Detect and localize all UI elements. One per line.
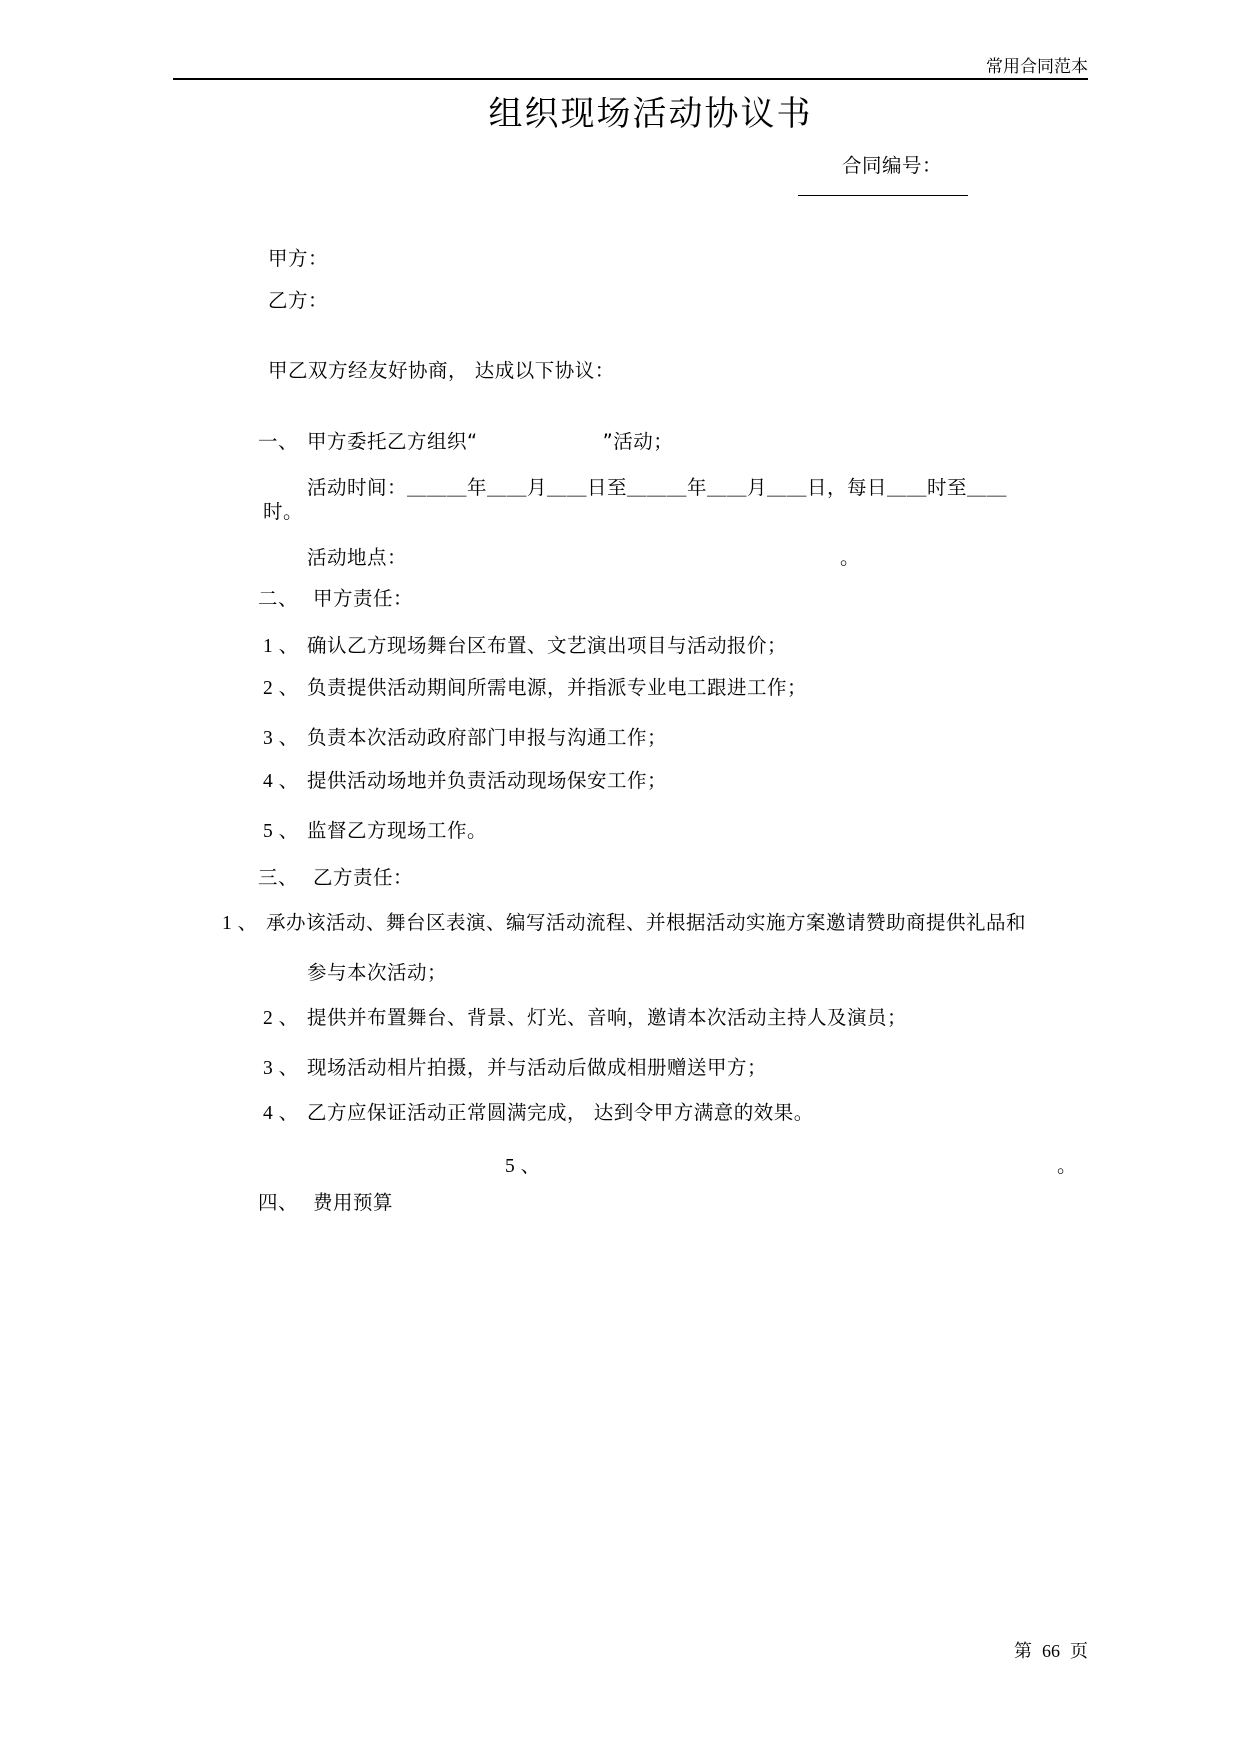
section-1-entrust: 甲方委托乙方组织“”活动； xyxy=(307,426,673,454)
section-2-item-5: 5 、监督乙方现场工作。 xyxy=(263,815,487,843)
title-text: 组织现场活动协议书 xyxy=(489,86,813,135)
header-tag: 常用合同范本 xyxy=(986,52,1088,77)
section-2-title: 甲方责任： xyxy=(313,583,413,611)
contract-number-blank xyxy=(798,195,968,196)
activity-time-wrap: 时。 xyxy=(263,496,303,524)
section-2-item-1: 1 、确认乙方现场舞台区布置、文艺演出项目与活动报价； xyxy=(263,630,787,658)
section-4-title: 费用预算 xyxy=(313,1187,393,1215)
section-3-item-2: 2 、提供并布置舞台、背景、灯光、音响，邀请本次活动主持人及演员； xyxy=(263,1002,907,1030)
section-3-item-4: 4 、乙方应保证活动正常圆满完成， 达到令甲方满意的效果。 xyxy=(263,1097,814,1125)
header-divider xyxy=(173,78,1088,80)
section-1-number: 一、 xyxy=(258,426,298,454)
section-3-item-5-number: 5 、 xyxy=(505,1150,541,1178)
activity-time-label: 活动时间： xyxy=(307,476,407,499)
party-a-label: 甲方： xyxy=(268,243,328,271)
section-3-item-3: 3 、现场活动相片拍摄，并与活动后做成相册赠送甲方； xyxy=(263,1052,767,1080)
document-title: 组织现场活动协议书 xyxy=(0,86,1241,135)
intro-text: 甲乙双方经友好协商， 达成以下协议： xyxy=(268,355,615,383)
page-prefix: 第 xyxy=(1014,1641,1032,1661)
section-2-item-3: 3 、负责本次活动政府部门申报与沟通工作； xyxy=(263,722,667,750)
section-3-item-1: 1 、承办该活动、舞台区表演、编写活动流程、并根据活动实施方案邀请赞助商提供礼品… xyxy=(222,907,1026,935)
contract-number-label: 合同编号： xyxy=(842,150,942,178)
entrust-text-after: ”活动； xyxy=(603,430,674,453)
page-footer: 第66页 xyxy=(1014,1637,1088,1663)
section-3-number: 三、 xyxy=(258,862,298,890)
activity-place-label: 活动地点： xyxy=(307,542,407,570)
section-3-item-5-end: 。 xyxy=(1057,1150,1077,1178)
section-4-number: 四、 xyxy=(258,1187,298,1215)
activity-place-end: 。 xyxy=(840,542,860,570)
entrust-text-before: 甲方委托乙方组织“ xyxy=(307,430,478,453)
section-3-title: 乙方责任： xyxy=(313,862,413,890)
page-number: 66 xyxy=(1042,1641,1060,1661)
section-2-item-2: 2 、负责提供活动期间所需电源，并指派专业电工跟进工作； xyxy=(263,672,807,700)
page-suffix: 页 xyxy=(1070,1641,1088,1661)
section-3-item-1-wrap: 参与本次活动； xyxy=(307,957,447,985)
section-2-number: 二、 xyxy=(258,583,298,611)
section-2-item-4: 4 、提供活动场地并负责活动现场保安工作； xyxy=(263,765,667,793)
activity-time-text: ＿＿＿年＿＿月＿＿日至＿＿＿年＿＿月＿＿日，每日＿＿时至＿＿ xyxy=(407,476,1007,499)
party-b-label: 乙方： xyxy=(268,285,328,313)
activity-time: 活动时间：＿＿＿年＿＿月＿＿日至＿＿＿年＿＿月＿＿日，每日＿＿时至＿＿ xyxy=(307,472,1007,500)
